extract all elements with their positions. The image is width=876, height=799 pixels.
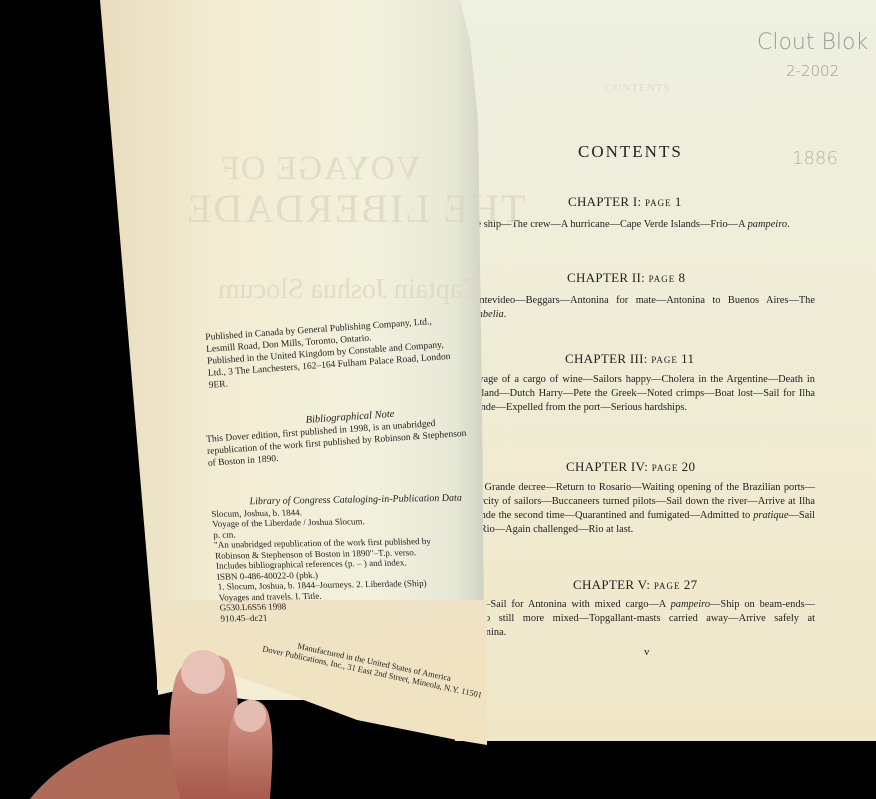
- hand-photo: [0, 0, 876, 799]
